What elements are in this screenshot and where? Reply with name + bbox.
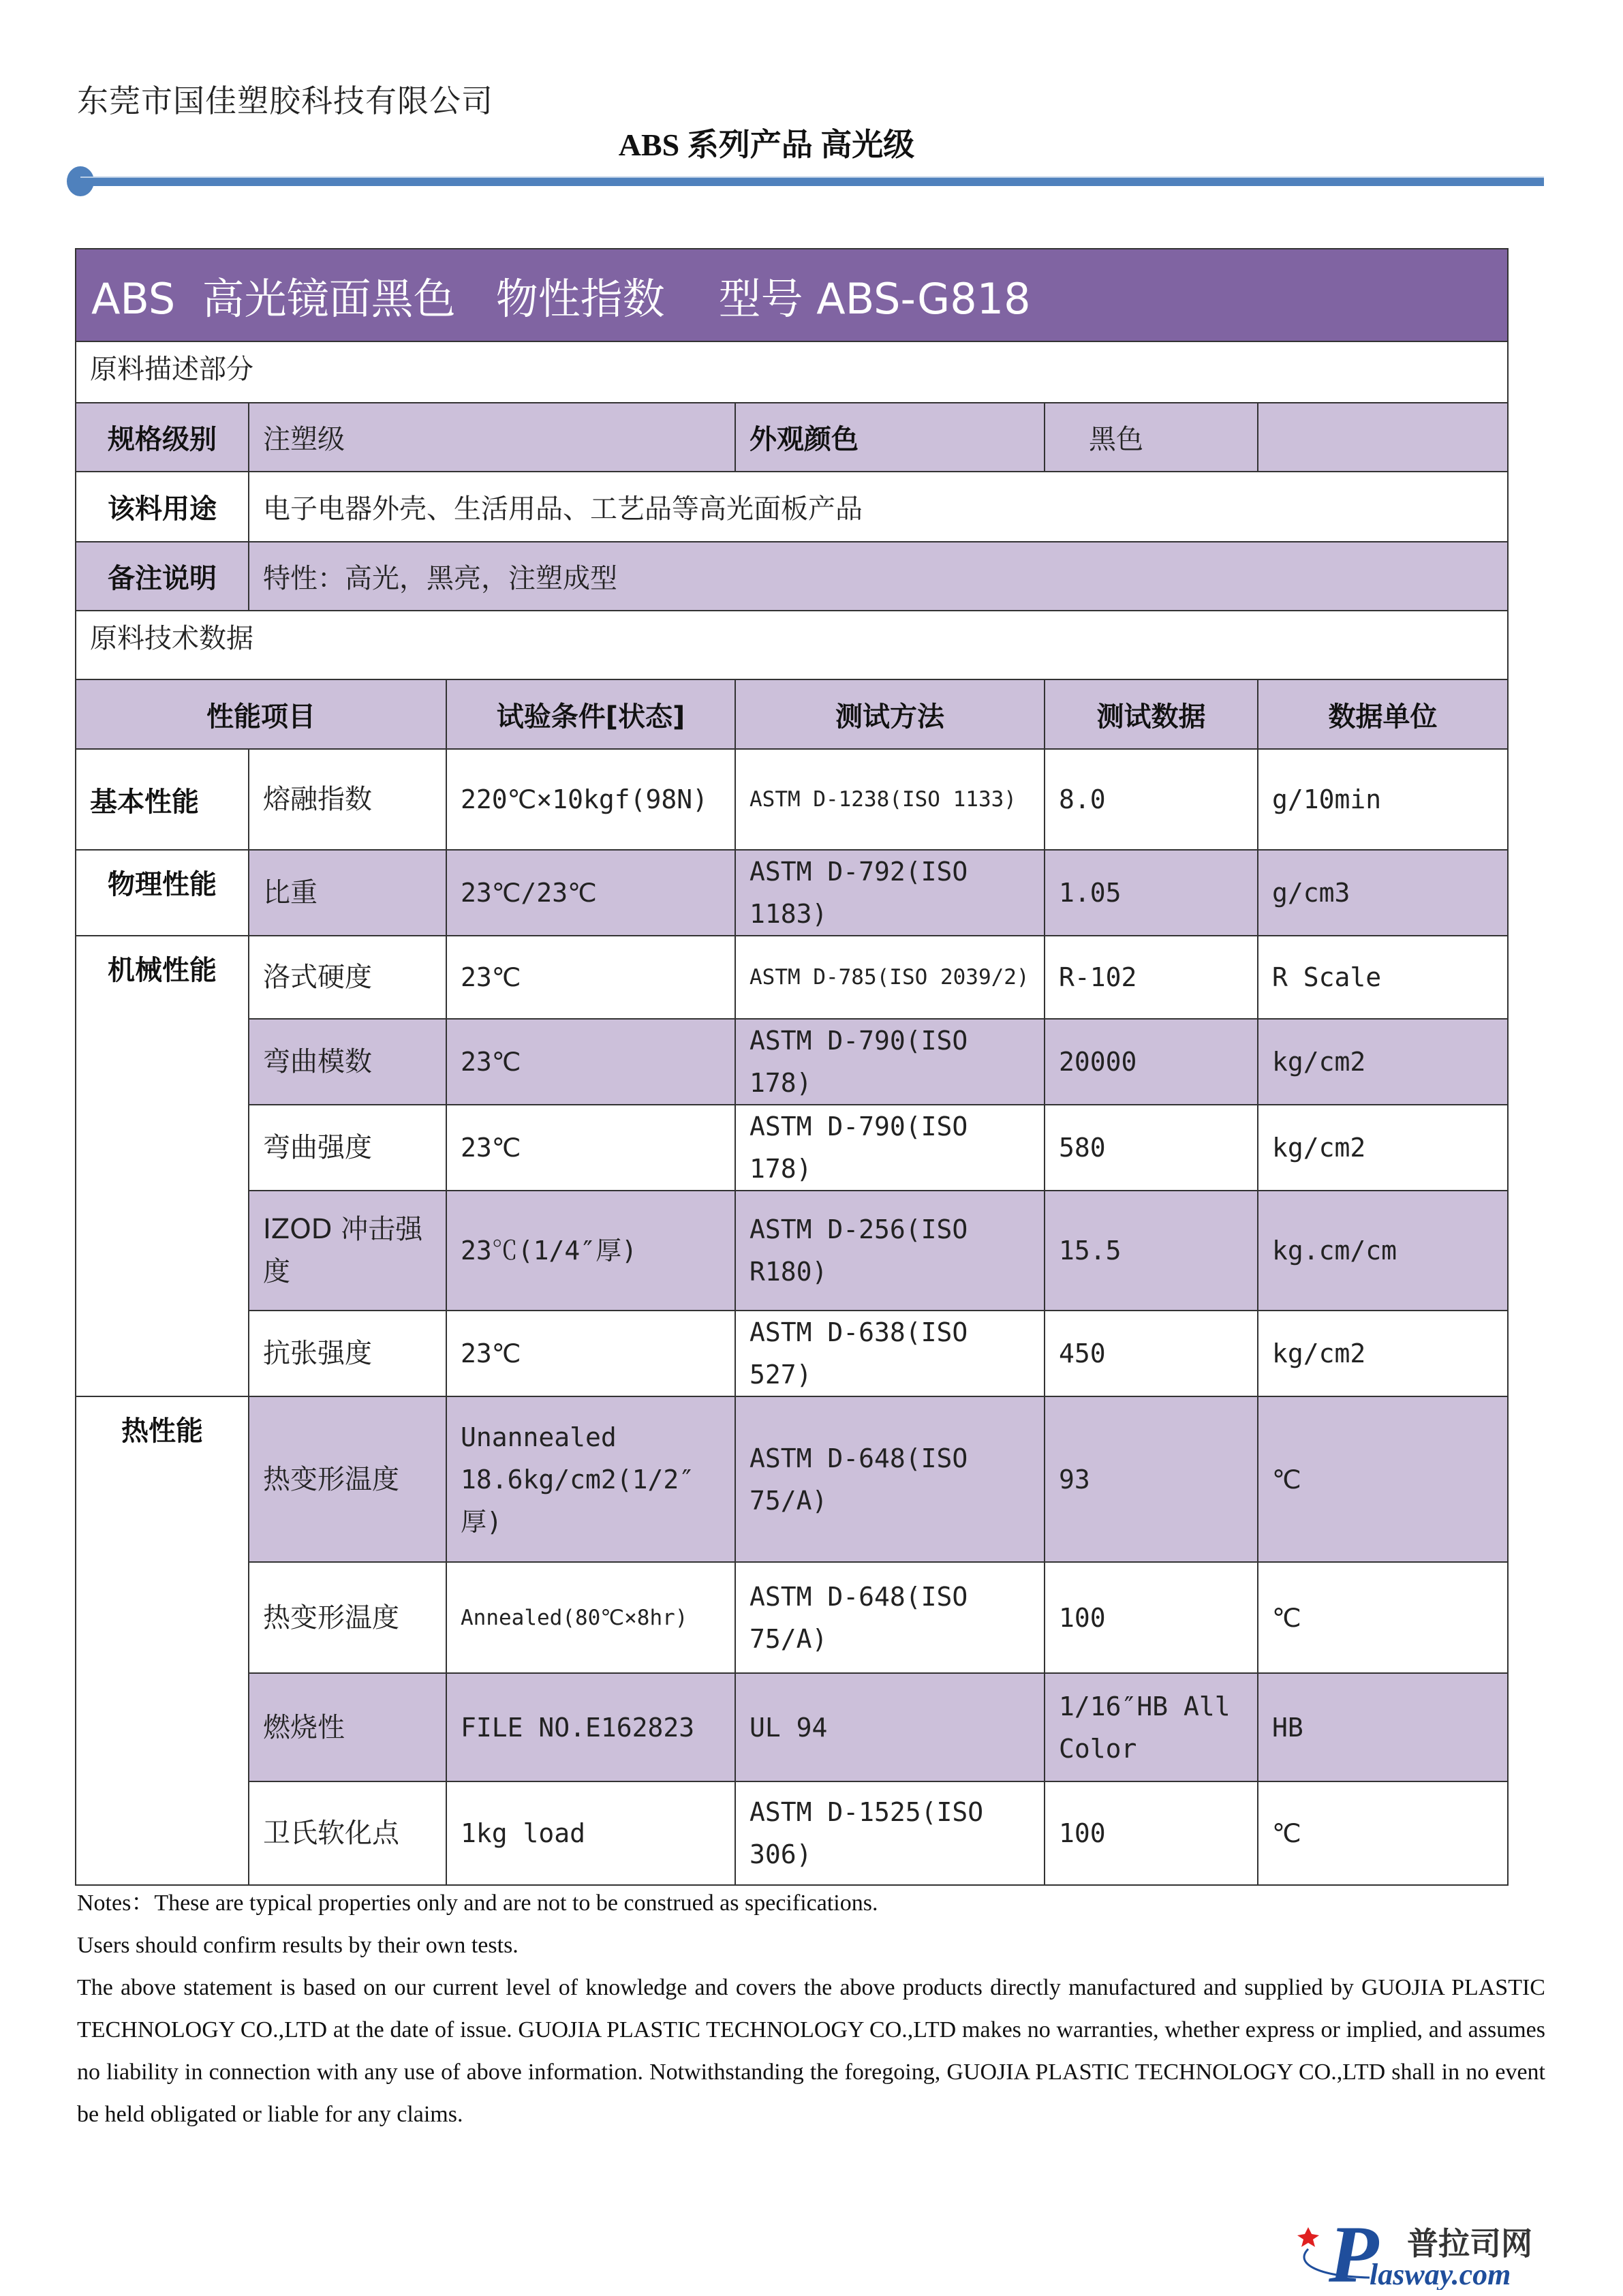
test-value: 1/16″HB All Color (1045, 1673, 1258, 1781)
test-unit: ℃ (1258, 1781, 1508, 1885)
test-condition: 23℃ (446, 1019, 735, 1105)
test-value: 100 (1045, 1562, 1258, 1673)
column-header-property: 性能项目 (76, 679, 446, 749)
remarks-value: 特性：高光，黑亮，注塑成型 (249, 542, 1508, 611)
test-unit: HB (1258, 1673, 1508, 1781)
test-condition: 220℃×10kgf(98N) (446, 749, 735, 850)
table-row: 基本性能 熔融指数 220℃×10kgf(98N) ASTM D-1238(IS… (76, 749, 1508, 850)
test-value: 93 (1045, 1396, 1258, 1562)
test-method: ASTM D-648(ISO 75/A) (735, 1396, 1045, 1562)
test-value: 580 (1045, 1105, 1258, 1191)
usage-value: 电子电器外壳、生活用品、工艺品等高光面板产品 (249, 472, 1508, 542)
test-value: 15.5 (1045, 1191, 1258, 1311)
test-method: ASTM D-790(ISO 178) (735, 1105, 1045, 1191)
test-value: 20000 (1045, 1019, 1258, 1105)
test-value: R-102 (1045, 936, 1258, 1019)
appearance-label: 外观颜色 (735, 403, 1045, 472)
test-condition: Annealed(80℃×8hr) (446, 1562, 735, 1673)
column-header-value: 测试数据 (1045, 679, 1258, 749)
test-method: ASTM D-792(ISO 1183) (735, 850, 1045, 936)
test-method: UL 94 (735, 1673, 1045, 1781)
test-method: ASTM D-1525(ISO 306) (735, 1781, 1045, 1885)
test-value: 8.0 (1045, 749, 1258, 850)
plasway-logo-icon: P 普拉司网 lasway.com (1288, 2201, 1608, 2290)
table-row: 燃烧性 FILE NO.E162823 UL 94 1/16″HB All Co… (76, 1673, 1508, 1781)
category-thermal: 热性能 (76, 1396, 249, 1885)
property-table: ABS 高光镜面黑色 物性指数 型号 ABS-G818 原料描述部分 规格级别 … (75, 248, 1509, 1886)
empty-cell (1258, 403, 1508, 472)
property-name: IZOD 冲击强度 (249, 1191, 446, 1311)
property-name: 洛式硬度 (249, 936, 446, 1019)
company-name: 东莞市国佳塑胶科技有限公司 (77, 76, 493, 121)
property-sheet: ABS 高光镜面黑色 物性指数 型号 ABS-G818 原料描述部分 规格级别 … (75, 248, 1507, 1886)
category-basic: 基本性能 (76, 749, 249, 850)
property-name: 燃烧性 (249, 1673, 446, 1781)
table-row: 机械性能 洛式硬度 23℃ ASTM D-785(ISO 2039/2) R-1… (76, 936, 1508, 1019)
test-condition-line1: Unannealed (461, 1416, 721, 1458)
property-name: 比重 (249, 850, 446, 936)
note-typical-properties: Notes：These are typical properties only … (77, 1882, 1545, 1925)
test-unit: g/10min (1258, 749, 1508, 850)
property-name: 抗张强度 (249, 1311, 446, 1396)
section-description: 原料描述部分 (76, 341, 1508, 403)
test-method: ASTM D-1238(ISO 1133) (735, 749, 1045, 850)
category-mechanical: 机械性能 (76, 936, 249, 1396)
document-title: ABS 系列产品 高光级 (0, 120, 1533, 165)
table-row: 热变形温度 Annealed(80℃×8hr) ASTM D-648(ISO 7… (76, 1562, 1508, 1673)
note-liability-statement: The above statement is based on our curr… (77, 1967, 1545, 2136)
test-condition-line2: 18.6kg/cm2(1/2″厚) (461, 1458, 721, 1543)
table-row: 物理性能 比重 23℃/23℃ ASTM D-792(ISO 1183) 1.0… (76, 850, 1508, 936)
test-value: 100 (1045, 1781, 1258, 1885)
test-condition: 23℃ (446, 936, 735, 1019)
spec-grade-value: 注塑级 (249, 403, 735, 472)
disclaimer-notes: Notes：These are typical properties only … (77, 1882, 1545, 2136)
test-unit: kg/cm2 (1258, 1019, 1508, 1105)
column-header-method: 测试方法 (735, 679, 1045, 749)
test-value: 1.05 (1045, 850, 1258, 936)
property-name: 弯曲模数 (249, 1019, 446, 1105)
test-unit: R Scale (1258, 936, 1508, 1019)
property-name: 熔融指数 (249, 749, 446, 850)
test-unit: kg/cm2 (1258, 1105, 1508, 1191)
property-name: 热变形温度 (249, 1562, 446, 1673)
table-row: 弯曲强度 23℃ ASTM D-790(ISO 178) 580 kg/cm2 (76, 1105, 1508, 1191)
appearance-value: 黑色 (1045, 403, 1258, 472)
test-unit: ℃ (1258, 1396, 1508, 1562)
usage-label: 该料用途 (76, 472, 249, 542)
test-condition: 1kg load (446, 1781, 735, 1885)
svg-text:普拉司网: 普拉司网 (1407, 2225, 1532, 2262)
table-row: IZOD 冲击强度 23℃(1/4″厚) ASTM D-256(ISO R180… (76, 1191, 1508, 1311)
table-row: 卫氏软化点 1kg load ASTM D-1525(ISO 306) 100 … (76, 1781, 1508, 1885)
test-unit: ℃ (1258, 1562, 1508, 1673)
test-condition: 23℃(1/4″厚) (446, 1191, 735, 1311)
test-method: ASTM D-638(ISO 527) (735, 1311, 1045, 1396)
table-row: 弯曲模数 23℃ ASTM D-790(ISO 178) 20000 kg/cm… (76, 1019, 1508, 1105)
section-tech-data: 原料技术数据 (76, 611, 1508, 679)
note-confirm-results: Users should confirm results by their ow… (77, 1925, 1545, 1967)
test-condition: 23℃/23℃ (446, 850, 735, 936)
remarks-label: 备注说明 (76, 542, 249, 611)
test-method: ASTM D-785(ISO 2039/2) (735, 936, 1045, 1019)
test-method: ASTM D-648(ISO 75/A) (735, 1562, 1045, 1673)
property-name: 卫氏软化点 (249, 1781, 446, 1885)
test-condition: Unannealed 18.6kg/cm2(1/2″厚) (446, 1396, 735, 1562)
header-rule (80, 177, 1544, 186)
test-condition: FILE NO.E162823 (446, 1673, 735, 1781)
test-value: 450 (1045, 1311, 1258, 1396)
category-physical: 物理性能 (76, 850, 249, 936)
property-name: 热变形温度 (249, 1396, 446, 1562)
plasway-logo: P 普拉司网 lasway.com (1288, 2201, 1608, 2290)
column-header-unit: 数据单位 (1258, 679, 1508, 749)
test-unit: kg/cm2 (1258, 1311, 1508, 1396)
spec-grade-label: 规格级别 (76, 403, 249, 472)
test-condition: 23℃ (446, 1311, 735, 1396)
test-method: ASTM D-790(ISO 178) (735, 1019, 1045, 1105)
column-header-condition: 试验条件[状态] (446, 679, 735, 749)
test-unit: kg.cm/cm (1258, 1191, 1508, 1311)
sheet-title: ABS 高光镜面黑色 物性指数 型号 ABS-G818 (76, 249, 1508, 341)
svg-text:lasway.com: lasway.com (1370, 2258, 1511, 2290)
table-row: 热性能 热变形温度 Unannealed 18.6kg/cm2(1/2″厚) A… (76, 1396, 1508, 1562)
test-condition: 23℃ (446, 1105, 735, 1191)
property-name: 弯曲强度 (249, 1105, 446, 1191)
test-method: ASTM D-256(ISO R180) (735, 1191, 1045, 1311)
table-row: 抗张强度 23℃ ASTM D-638(ISO 527) 450 kg/cm2 (76, 1311, 1508, 1396)
test-unit: g/cm3 (1258, 850, 1508, 936)
